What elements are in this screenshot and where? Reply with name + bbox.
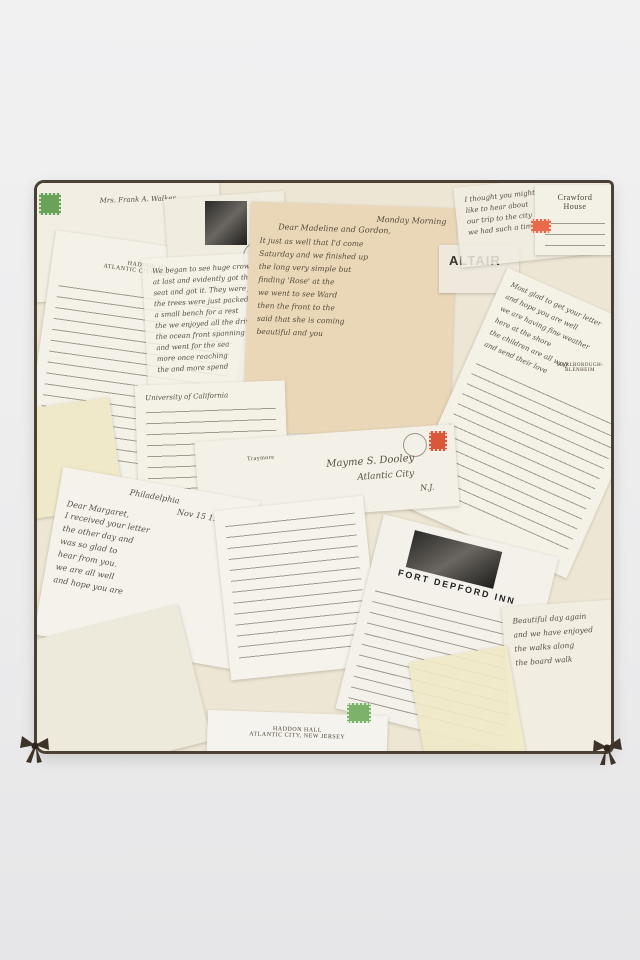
envelope-postmark-icon [403,433,427,457]
hotel-photo [205,201,247,245]
crawford-title: Crawford House [545,193,605,211]
ribbon-bow-right-icon [590,732,624,766]
ribbon-bow-left-icon [18,730,52,764]
quilted-blanket: Mrs. Frank A. Walker HADDON HALL ATLANTI… [34,180,614,754]
address-city: Atlantic City [357,469,415,484]
envelope-letterhead: Traymore [206,452,316,466]
address-state: N.J. [420,482,435,494]
paper-cream-lower [408,645,526,754]
letter-body: It just as well that I'd come Saturday a… [256,234,446,344]
address-name: Mayme S. Dooley [326,453,415,470]
marlborough-letterhead: MARLBOROUGH-BLENHEIM [549,363,611,373]
letterhead-lines [545,215,605,251]
green-stamp-icon [39,193,61,215]
handwriting-lines [224,505,369,668]
green-stamp-bottom-icon [347,703,371,723]
red-stamp-envelope-icon [429,431,447,451]
bottom-right-body: Beautiful day again and we have enjoyed … [512,608,614,671]
red-stamp-right-icon [531,219,551,233]
